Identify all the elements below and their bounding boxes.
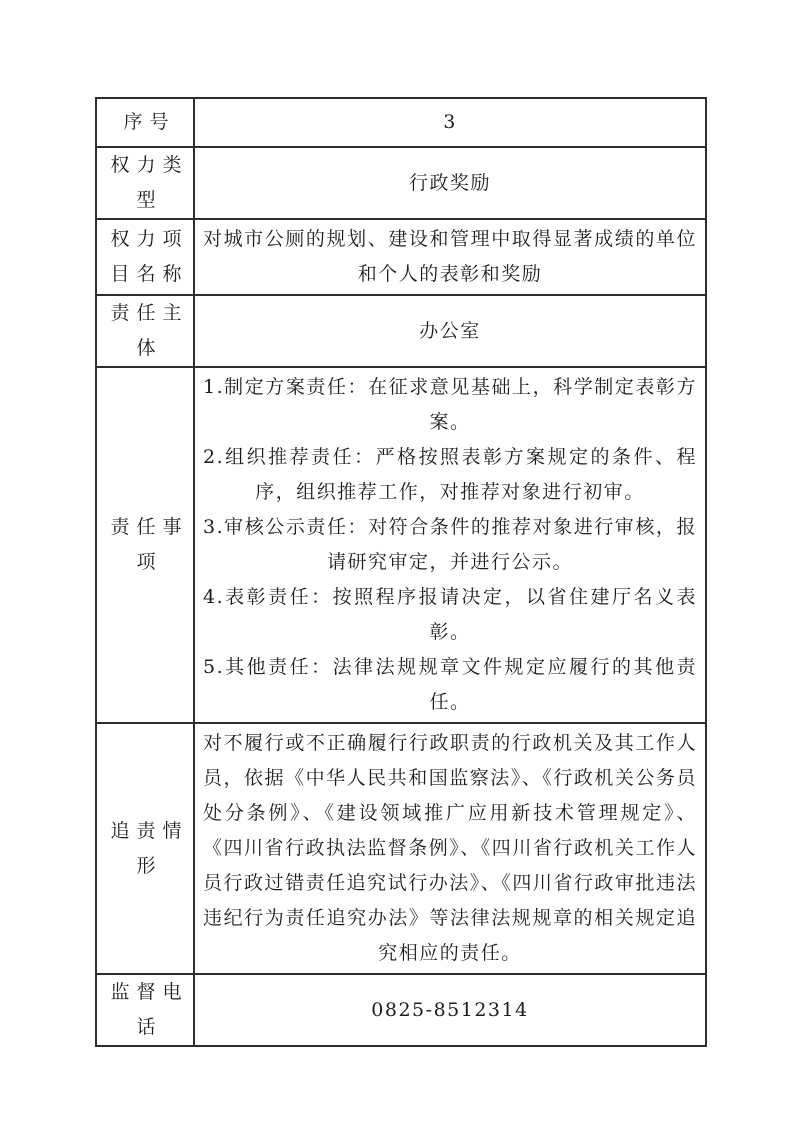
serial-number-label: 序号 [96,98,194,147]
accountability-situations-label: 追责情 形 [96,723,194,974]
supervision-phone-value: 0825-8512314 [194,974,706,1046]
power-type-label: 权力类 型 [96,147,194,219]
accountability-situations-text: 对不履行或不正确履行行政职责的行政机关及其工作人员，依据《中华人民共和国监察法》… [203,726,697,971]
accountability-situations-value: 对不履行或不正确履行行政职责的行政机关及其工作人员，依据《中华人民共和国监察法》… [194,723,706,974]
document-page: 序号 3 权力类 型 行政奖励 权力项 目名称 对城市公厕的规划、建设和管理中取… [0,0,793,1122]
row-responsibility-subject: 责任主 体 办公室 [96,295,706,367]
row-power-type: 权力类 型 行政奖励 [96,147,706,219]
responsibility-table: 序号 3 权力类 型 行政奖励 权力项 目名称 对城市公厕的规划、建设和管理中取… [95,97,707,1047]
power-type-value: 行政奖励 [194,147,706,219]
responsibility-item-2: 2.组织推荐责任：严格按照表彰方案规定的条件、程序，组织推荐工作，对推荐对象进行… [203,440,697,510]
row-responsibility-items: 责任事 项 1.制定方案责任：在征求意见基础上，科学制定表彰方案。 2.组织推荐… [96,367,706,723]
row-serial-number: 序号 3 [96,98,706,147]
responsibility-subject-value: 办公室 [194,295,706,367]
power-item-name-label: 权力项 目名称 [96,219,194,295]
responsibility-item-3: 3.审核公示责任：对符合条件的推荐对象进行审核，报请研究审定，并进行公示。 [203,510,697,580]
row-power-item-name: 权力项 目名称 对城市公厕的规划、建设和管理中取得显著成绩的单位和个人的表彰和奖… [96,219,706,295]
responsibility-item-5: 5.其他责任：法律法规规章文件规定应履行的其他责任。 [203,650,697,720]
responsibility-item-4: 4.表彰责任：按照程序报请决定，以省住建厅名义表彰。 [203,580,697,650]
power-item-name-value: 对城市公厕的规划、建设和管理中取得显著成绩的单位和个人的表彰和奖励 [194,219,706,295]
serial-number-value: 3 [194,98,706,147]
responsibility-items-value: 1.制定方案责任：在征求意见基础上，科学制定表彰方案。 2.组织推荐责任：严格按… [194,367,706,723]
row-supervision-phone: 监督电 话 0825-8512314 [96,974,706,1046]
responsibility-items-label: 责任事 项 [96,367,194,723]
supervision-phone-label: 监督电 话 [96,974,194,1046]
row-accountability-situations: 追责情 形 对不履行或不正确履行行政职责的行政机关及其工作人员，依据《中华人民共… [96,723,706,974]
responsibility-subject-label: 责任主 体 [96,295,194,367]
responsibility-item-1: 1.制定方案责任：在征求意见基础上，科学制定表彰方案。 [203,370,697,440]
power-item-name-text: 对城市公厕的规划、建设和管理中取得显著成绩的单位和个人的表彰和奖励 [203,222,697,292]
